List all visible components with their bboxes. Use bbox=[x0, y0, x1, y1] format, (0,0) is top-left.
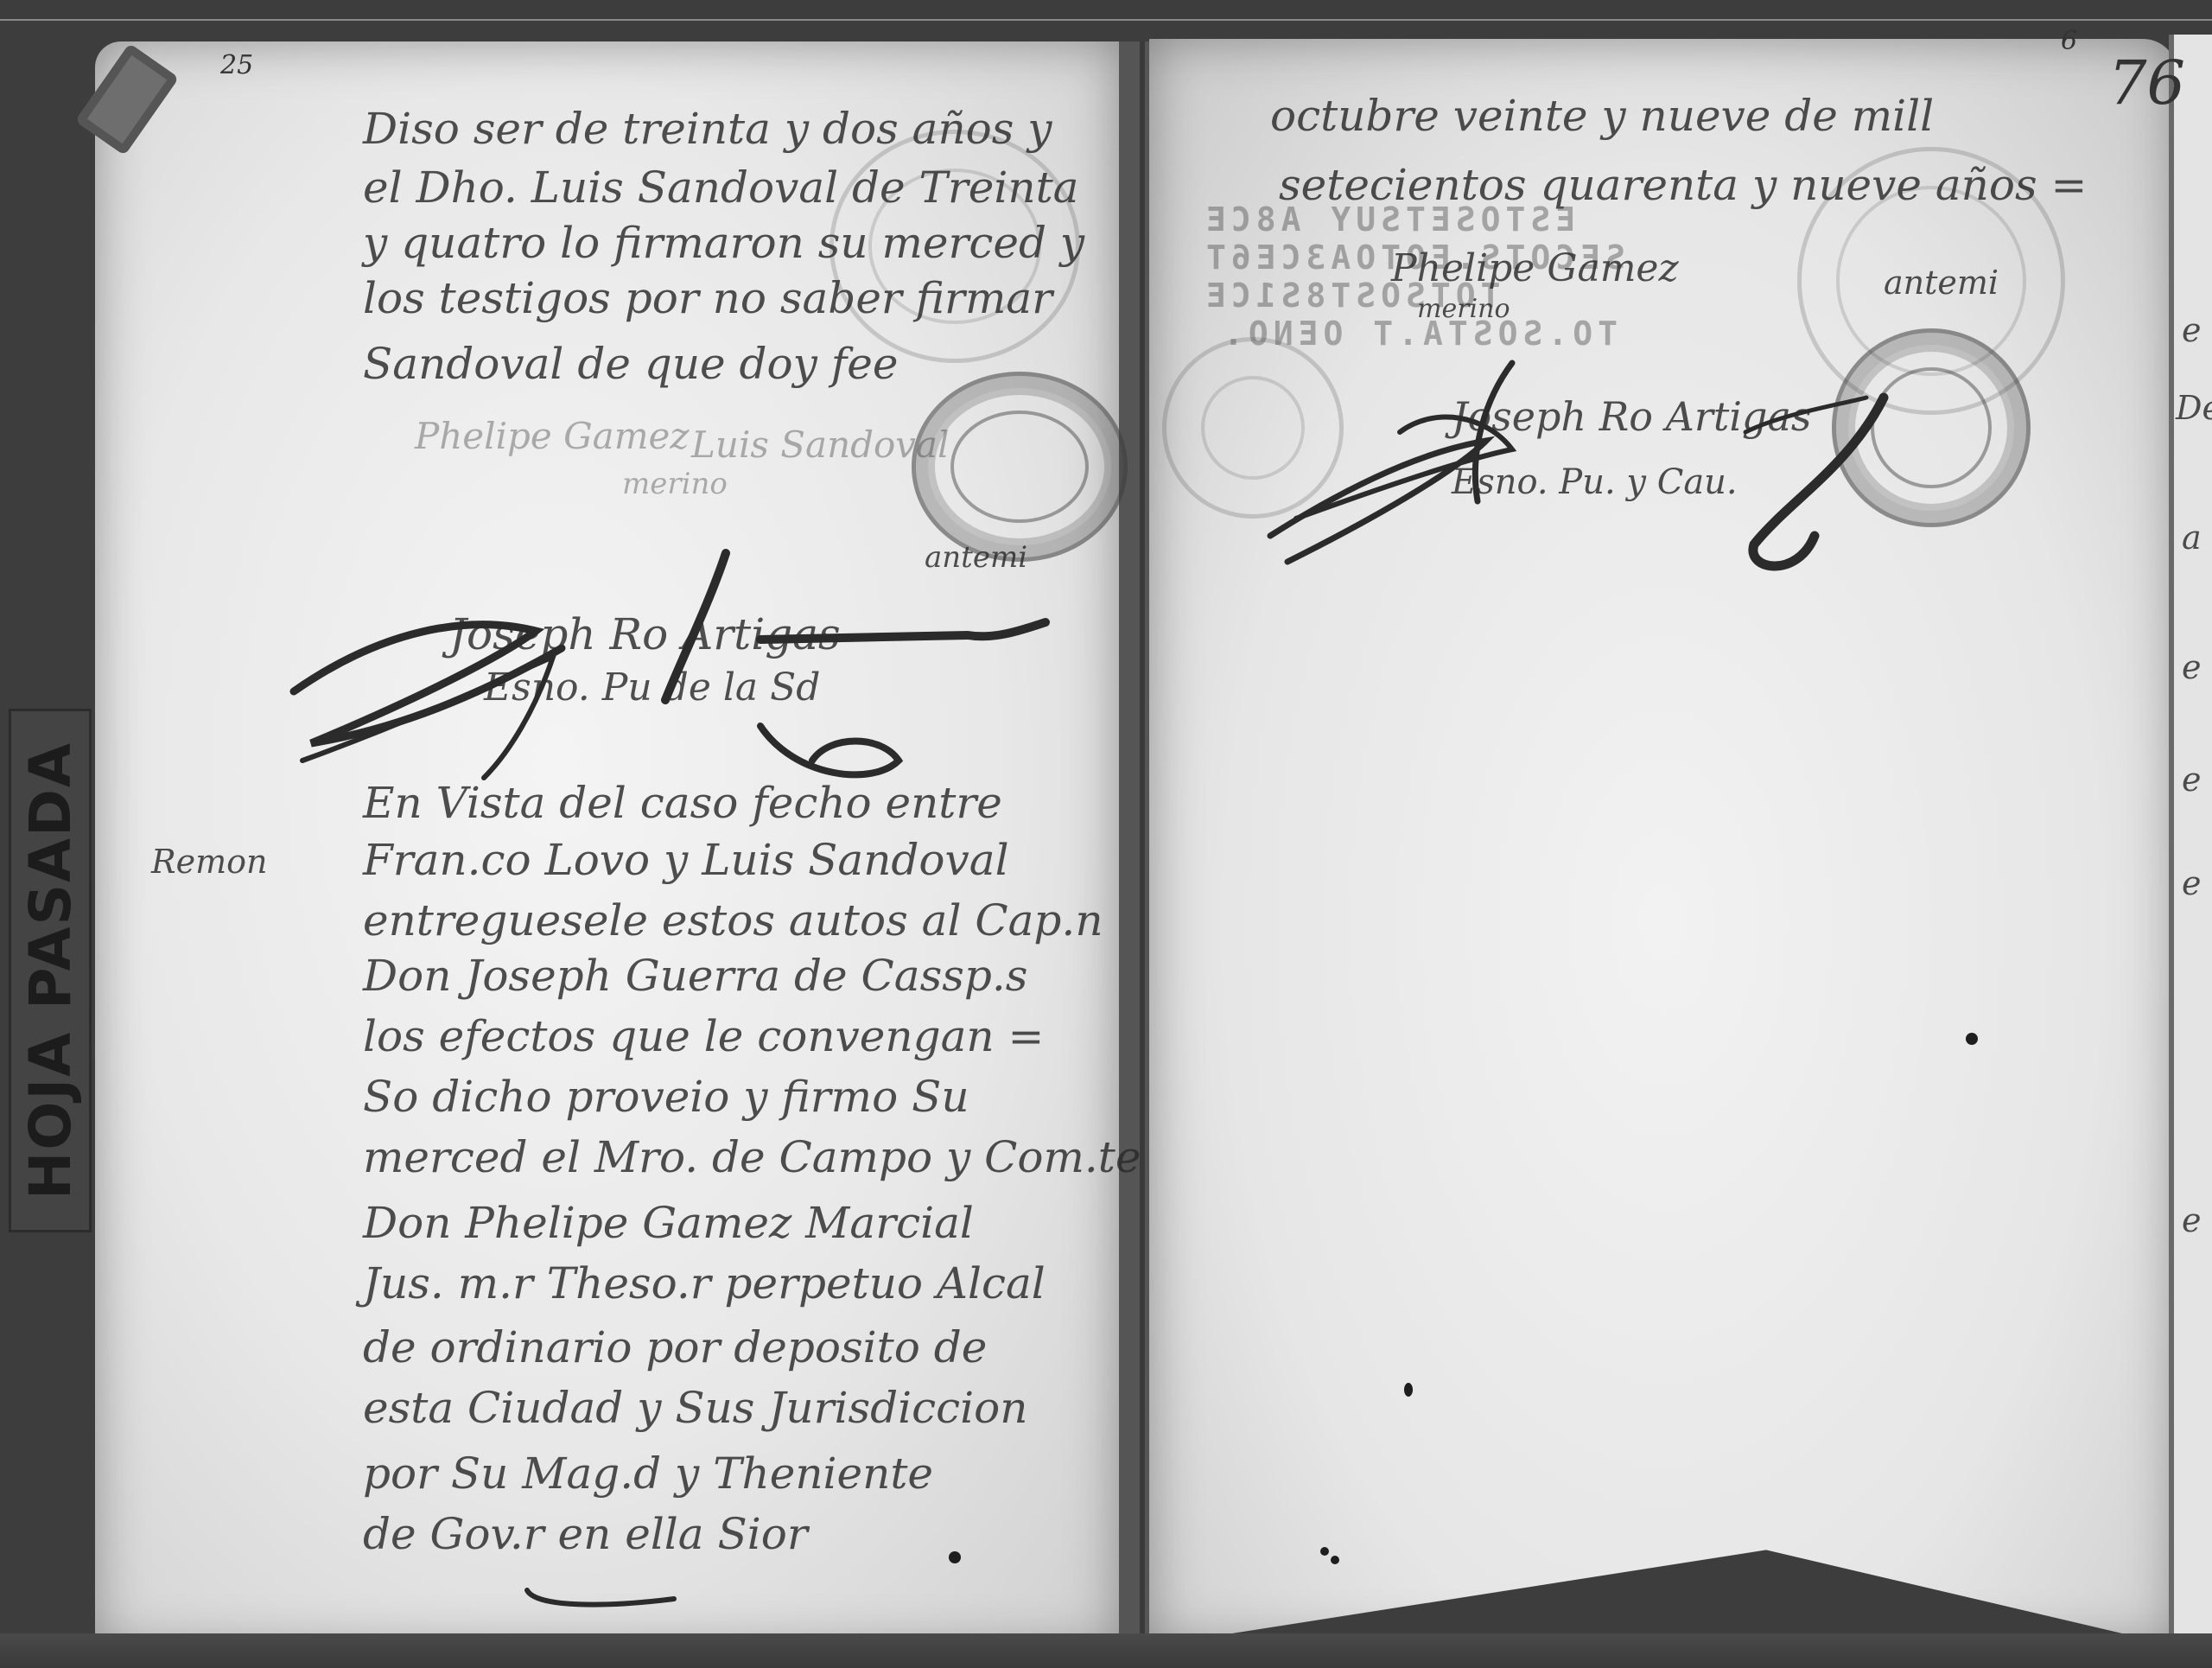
left-closing-stroke bbox=[518, 1582, 691, 1625]
left-body-line-6: So dicho proveio y firmo Su bbox=[363, 1072, 969, 1122]
left-signature-sandoval: Luis Sandoval bbox=[691, 423, 950, 466]
left-top-line-4: los testigos por no saber firmar bbox=[363, 273, 1052, 323]
next-page-letter-2: De bbox=[2176, 389, 2212, 427]
bleed-through-line-1: ESTOSETSUY A8CE bbox=[1201, 201, 1575, 239]
right-antemi: antemi bbox=[1884, 264, 1999, 302]
left-folio-mark: 25 bbox=[220, 50, 253, 80]
ink-spot-4 bbox=[1331, 1556, 1339, 1564]
stamp-text: HOJA PASADA bbox=[17, 742, 84, 1200]
left-body-line-2: Fran.co Lovo y Luis Sandoval bbox=[363, 835, 1009, 885]
left-body-line-4: Don Joseph Guerra de Cassp.s bbox=[363, 951, 1027, 1001]
left-margin-note: Remon bbox=[151, 843, 267, 881]
left-signature-rubric bbox=[276, 553, 1054, 812]
next-page-letter-6: e bbox=[2182, 864, 2202, 902]
left-body-line-5: los efectos que le convengan = bbox=[363, 1011, 1044, 1061]
left-body-line-3: entreguesele estos autos al Cap.n bbox=[363, 895, 1103, 945]
scan-top-edge bbox=[0, 19, 2212, 21]
manuscript-scan: 25 76 6 HOJA PASADA Diso ser de treinta … bbox=[0, 0, 2212, 1668]
left-signature-merino: merino bbox=[622, 467, 728, 501]
right-corner-mark: 6 bbox=[2061, 26, 2077, 56]
next-page-letter-3: a bbox=[2182, 519, 2202, 557]
right-folio-mark: 76 bbox=[2108, 48, 2185, 118]
left-signature-gamez: Phelipe Gamez bbox=[415, 415, 690, 457]
left-body-line-10: de ordinario por deposito de bbox=[363, 1322, 987, 1372]
next-page-letter-1: e bbox=[2182, 311, 2202, 349]
left-body-line-9: Jus. m.r Theso.r perpetuo Alcal bbox=[363, 1258, 1046, 1308]
left-body-line-13: de Gov.r en ella Sior bbox=[363, 1509, 808, 1559]
scan-bottom-edge bbox=[0, 1633, 2212, 1668]
binding-line bbox=[1140, 41, 1145, 1649]
next-page-letter-4: e bbox=[2182, 648, 2202, 686]
left-body-line-12: por Su Mag.d y Theniente bbox=[363, 1448, 933, 1499]
ink-blot bbox=[949, 1551, 961, 1563]
left-top-line-3: y quatro lo firmaron su merced y bbox=[363, 218, 1084, 268]
right-signature-rubric bbox=[1262, 363, 2039, 588]
right-top-line-1: octubre veinte y nueve de mill bbox=[1270, 91, 1934, 141]
left-body-line-7: merced el Mro. de Campo y Com.te bbox=[363, 1132, 1141, 1182]
right-signature-gamez: Phelipe Gamez bbox=[1391, 246, 1679, 290]
hoja-pasada-stamp: HOJA PASADA bbox=[9, 709, 92, 1232]
left-body-line-1: En Vista del caso fecho entre bbox=[363, 778, 1002, 828]
ink-spot-1 bbox=[1966, 1033, 1978, 1045]
left-top-line-5: Sandoval de que doy fee bbox=[363, 339, 898, 389]
left-top-line-2: el Dho. Luis Sandoval de Treinta bbox=[363, 162, 1078, 213]
next-page-edge bbox=[2169, 35, 2212, 1642]
ink-spot-3 bbox=[1320, 1547, 1329, 1556]
left-body-line-8: Don Phelipe Gamez Marcial bbox=[363, 1198, 974, 1248]
left-body-line-11: esta Ciudad y Sus Jurisdiccion bbox=[363, 1383, 1027, 1433]
left-top-line-1: Diso ser de treinta y dos años y bbox=[363, 104, 1052, 154]
official-seal-left bbox=[912, 372, 1128, 562]
ink-spot-2 bbox=[1404, 1383, 1413, 1397]
next-page-letter-5: e bbox=[2182, 761, 2202, 799]
right-signature-merino: merino bbox=[1417, 294, 1510, 324]
next-page-letter-7: e bbox=[2182, 1201, 2202, 1239]
